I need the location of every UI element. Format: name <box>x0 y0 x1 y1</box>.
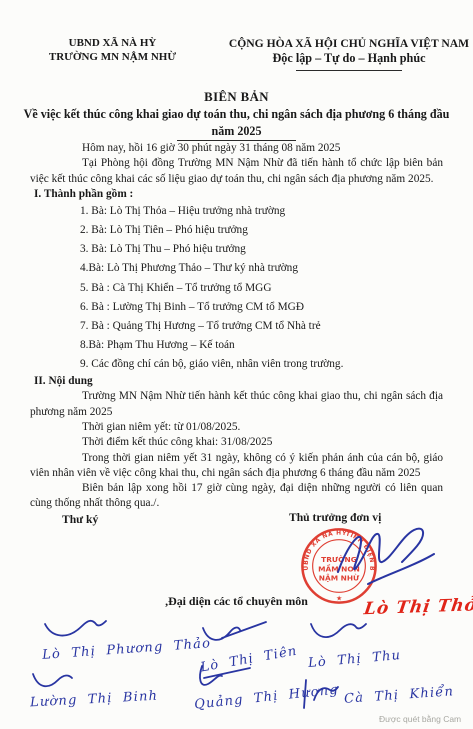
posting-end-line: Thời điểm kết thúc công khai: 31/08/2025 <box>30 435 443 450</box>
opening-paragraph: Tại Phòng hội đồng Trường MN Nậm Nhừ đã … <box>30 156 443 187</box>
signature-block: Lò Thị Thu <box>308 618 401 667</box>
head-name-signature-stamp: Lò Thị Thỏa <box>363 595 473 619</box>
document-type-title: BIÊN BẢN <box>0 90 473 105</box>
participant-item: 6. Bà : Lường Thị Binh – Tổ trưởng CM tổ… <box>80 298 443 317</box>
signature-block: Lò Thị Phương Thảo <box>42 616 211 657</box>
section2-heading: II. Nội dung <box>30 374 443 389</box>
document-body: Hôm nay, hồi 16 giờ 30 phút ngày 31 thán… <box>30 141 443 512</box>
signature-stroke-icon <box>308 618 374 644</box>
participant-item: 9. Các đồng chí cán bộ, giáo viên, nhân … <box>80 355 443 374</box>
signature-block: Lò Thị Tiên <box>200 618 298 667</box>
participant-item: 8.Bà: Phạm Thu Hương – Kế toán <box>80 336 443 355</box>
issuing-org-block: UBND XÃ NÀ HỲ TRƯỜNG MN NẬM NHỪ <box>0 37 225 71</box>
signature-stroke-icon <box>200 618 272 648</box>
head-signature-stroke-icon <box>322 510 450 602</box>
content-paragraph-2: Trong thời gian niêm yết 31 ngày, không … <box>30 451 443 482</box>
participants-list: 1. Bà: Lò Thị Thỏa – Hiệu trưởng nhà trư… <box>30 202 443 374</box>
section1-heading: I. Thành phần gồm : <box>30 187 443 202</box>
scanned-document-page: UBND XÃ NÀ HỲ TRƯỜNG MN NẬM NHỪ CỘNG HÒA… <box>0 0 473 729</box>
signature-stroke-icon <box>300 678 340 712</box>
org-name-line: TRƯỜNG MN NẬM NHỪ <box>0 51 225 65</box>
participant-item: 5. Bà : Cà Thị Khiển – Tổ trưởng tổ MGG <box>80 279 443 298</box>
scanner-watermark: Được quét bằng Cam <box>379 714 461 724</box>
participant-item: 3. Bà: Lò Thị Thu – Phó hiệu trưởng <box>80 240 443 259</box>
signature-name: Cà Thị Khiển <box>344 684 455 707</box>
signature-stroke-icon <box>194 662 256 690</box>
national-motto-block: CỘNG HÒA XÃ HỘI CHỦ NGHĨA VIỆT NAM Độc l… <box>225 37 473 71</box>
participant-item: 7. Bà : Quảng Thị Hương – Tổ trưởng CM t… <box>80 317 443 336</box>
document-header: UBND XÃ NÀ HỲ TRƯỜNG MN NẬM NHỪ CỘNG HÒA… <box>0 37 473 71</box>
signature-underline <box>368 554 434 584</box>
opening-time-line: Hôm nay, hồi 16 giờ 30 phút ngày 31 thán… <box>30 141 443 156</box>
signature-stroke-icon <box>42 616 120 642</box>
participant-item: 1. Bà: Lò Thị Thỏa – Hiệu trưởng nhà trư… <box>80 202 443 221</box>
document-subject-line1: Về việc kết thúc công khai giao dự toán … <box>0 107 473 122</box>
national-title: CỘNG HÒA XÃ HỘI CHỦ NGHĨA VIỆT NAM <box>225 37 473 51</box>
secretary-label: Thư ký <box>62 513 98 526</box>
signature-block: Lường Thị Binh <box>30 668 158 707</box>
content-paragraph-1: Trường MN Nậm Nhừ tiến hành kết thúc côn… <box>30 389 443 420</box>
closing-paragraph: Biên bản lập xong hồi 17 giờ cùng ngày, … <box>30 481 443 512</box>
participant-item: 4.Bà: Lò Thị Phương Thảo – Thư ký nhà tr… <box>80 259 443 278</box>
document-subject-line2: năm 2025 <box>177 124 295 141</box>
national-motto: Độc lập – Tự do – Hạnh phúc <box>225 51 473 66</box>
document-title-block: BIÊN BẢN Về việc kết thúc công khai giao… <box>0 90 473 141</box>
motto-underline <box>296 70 402 71</box>
signature-stroke-icon <box>30 668 86 692</box>
org-parent-line: UBND XÃ NÀ HỲ <box>0 37 225 51</box>
signature-block: Cà Thị Khiển <box>300 678 454 712</box>
participant-item: 2. Bà: Lò Thị Tiên – Phó hiệu trưởng <box>80 221 443 240</box>
posting-start-line: Thời gian niêm yết: từ 01/08/2025. <box>30 420 443 435</box>
